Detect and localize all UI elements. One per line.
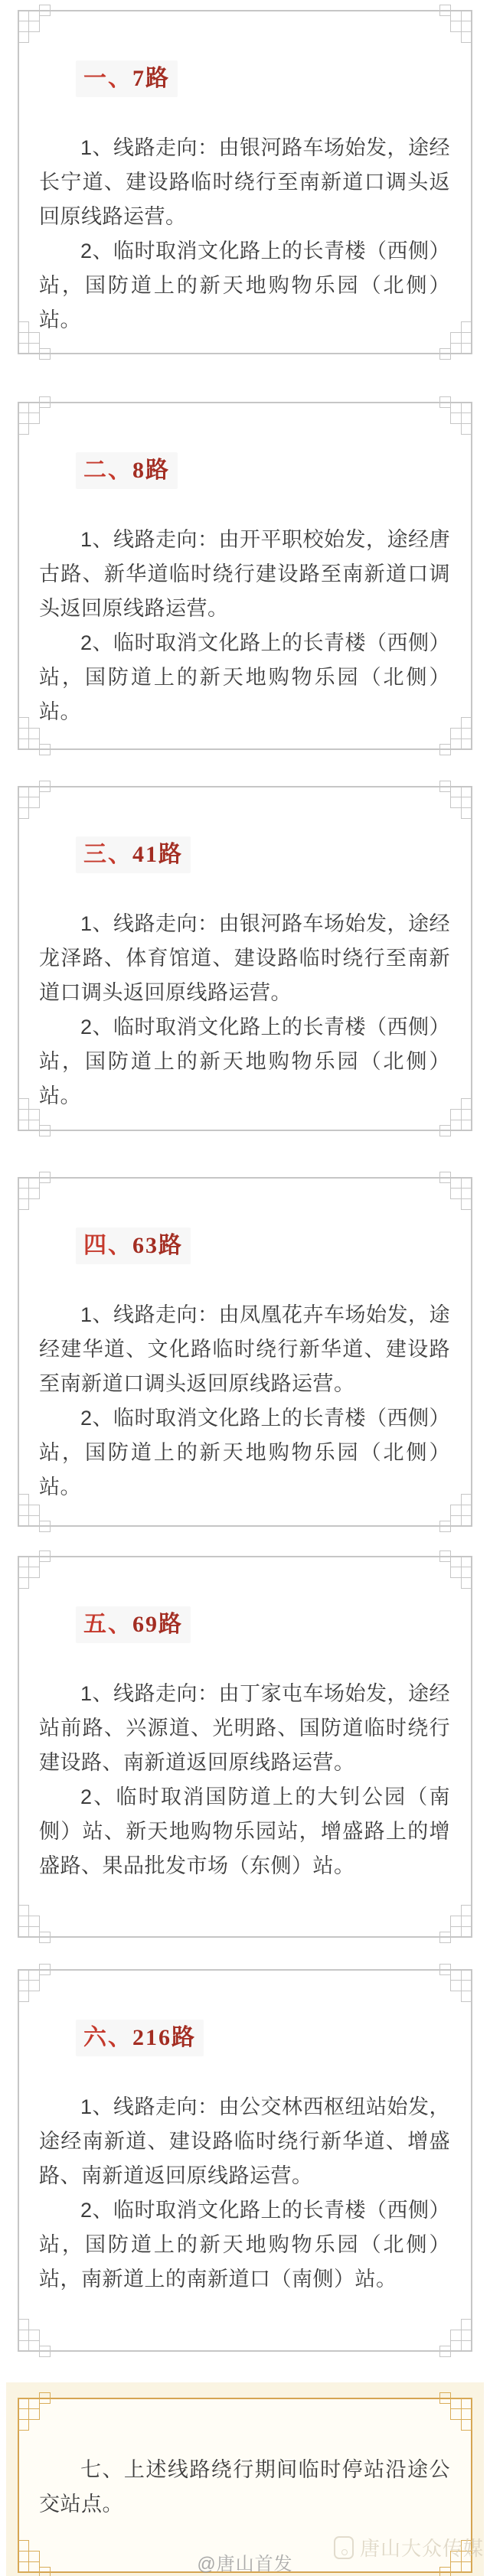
card-title-ordinal: 六、 [83,2025,132,2050]
card-title-route: 41路 [132,842,183,867]
paragraph: 2、临时取消国防道上的大钊公园（南侧）站、新天地购物乐园站，增盛路上的增盛路、果… [39,1780,450,1883]
paragraph: 2、临时取消文化路上的长青楼（西侧）站，国防道上的新天地购物乐园（北侧）站。 [39,234,450,337]
card-inner: 二、8路 1、线路走向：由开平职校始发，途经唐古路、新华道临时绕行建设路至南新道… [19,403,471,729]
card-title: 五、69路 [76,1606,191,1643]
corner-ornament-bottom-left [18,2317,53,2352]
notice-page: 一、7路 1、线路走向：由银河路车场始发，途经长宁道、建设路临时绕行至南新道口调… [0,0,490,2576]
notice-card-route-63: 四、63路 1、线路走向：由凤凰花卉车场始发，途经建华道、文化路临时绕行新华道、… [18,1177,472,1527]
card-body: 1、线路走向：由凤凰花卉车场始发，途经建华道、文化路临时绕行新华道、建设路至南新… [39,1298,450,1505]
paragraph: 1、线路走向：由银河路车场始发，途经龙泽路、体育馆道、建设路临时绕行至南新道口调… [39,907,450,1010]
notice-card-route-69: 五、69路 1、线路走向：由丁家屯车场始发，途经站前路、兴源道、光明路、国防道临… [18,1556,472,1938]
card-inner: 五、69路 1、线路走向：由丁家屯车场始发，途经站前路、兴源道、光明路、国防道临… [19,1557,471,1883]
card-title-ordinal: 五、 [83,1612,132,1637]
paragraph: 2、临时取消文化路上的长青楼（西侧）站，国防道上的新天地购物乐园（北侧）站，南新… [39,2193,450,2297]
card-title: 二、8路 [76,452,178,489]
card-inner: 三、41路 1、线路走向：由银河路车场始发，途经龙泽路、体育馆道、建设路临时绕行… [19,787,471,1114]
card-body: 1、线路走向：由公交林西枢纽站始发，途经南新道、建设路临时绕行新华道、增盛路、南… [39,2090,450,2297]
card-inner: 四、63路 1、线路走向：由凤凰花卉车场始发，途经建华道、文化路临时绕行新华道、… [19,1179,471,1505]
card-body: 1、线路走向：由丁家屯车场始发，途经站前路、兴源道、光明路、国防道临时绕行建设路… [39,1677,450,1883]
card-title-route: 7路 [132,66,170,91]
card-title-route: 63路 [132,1233,183,1258]
notice-card-route-8: 二、8路 1、线路走向：由开平职校始发，途经唐古路、新华道临时绕行建设路至南新道… [18,402,472,750]
notice-card-route-216: 六、216路 1、线路走向：由公交林西枢纽站始发，途经南新道、建设路临时绕行新华… [18,1969,472,2352]
corner-ornament-bottom-left [18,1903,53,1938]
paragraph: 1、线路走向：由公交林西枢纽站始发，途经南新道、建设路临时绕行新华道、增盛路、南… [39,2090,450,2193]
card-body: 1、线路走向：由银河路车场始发，途经龙泽路、体育馆道、建设路临时绕行至南新道口调… [39,907,450,1114]
paragraph: 2、临时取消文化路上的长青楼（西侧）站，国防道上的新天地购物乐园（北侧）站。 [39,626,450,729]
card-title-ordinal: 一、 [83,66,132,91]
card-body: 1、线路走向：由开平职校始发，途经唐古路、新华道临时绕行建设路至南新道口调头返回… [39,523,450,729]
paragraph: 2、临时取消文化路上的长青楼（西侧）站，国防道上的新天地购物乐园（北侧）站。 [39,1010,450,1114]
paragraph: 1、线路走向：由丁家屯车场始发，途经站前路、兴源道、光明路、国防道临时绕行建设路… [39,1677,450,1780]
card-inner: 六、216路 1、线路走向：由公交林西枢纽站始发，途经南新道、建设路临时绕行新华… [19,1971,471,2297]
paragraph: 1、线路走向：由开平职校始发，途经唐古路、新华道临时绕行建设路至南新道口调头返回… [39,523,450,626]
card-title: 六、216路 [76,2020,204,2056]
watermark-logo-icon [334,2536,354,2559]
card-inner: 七、上述线路绕行期间临时停站沿途公交站点。 [19,2399,471,2522]
card-title: 一、7路 [76,60,178,97]
corner-ornament-bottom-right [437,2317,472,2352]
card-title: 三、41路 [76,836,191,873]
paragraph: 七、上述线路绕行期间临时停站沿途公交站点。 [39,2453,450,2522]
paragraph: 1、线路走向：由银河路车场始发，途经长宁道、建设路临时绕行至南新道口调头返回原线… [39,131,450,234]
card-title-route: 8路 [132,458,170,483]
card-inner: 一、7路 1、线路走向：由银河路车场始发，途经长宁道、建设路临时绕行至南新道口调… [19,11,471,337]
card-title-route: 216路 [132,2025,196,2050]
notice-card-route-7: 一、7路 1、线路走向：由银河路车场始发，途经长宁道、建设路临时绕行至南新道口调… [18,10,472,354]
corner-ornament-bottom-right [437,1903,472,1938]
notice-card-route-41: 三、41路 1、线路走向：由银河路车场始发，途经龙泽路、体育馆道、建设路临时绕行… [18,786,472,1131]
card-title-ordinal: 二、 [83,458,132,483]
paragraph: 1、线路走向：由凤凰花卉车场始发，途经建华道、文化路临时绕行新华道、建设路至南新… [39,1298,450,1401]
watermark-right-text: 唐山大众传媒 [360,2533,484,2561]
card-title-ordinal: 三、 [83,842,132,867]
paragraph: 2、临时取消文化路上的长青楼（西侧）站，国防道上的新天地购物乐园（北侧）站。 [39,1401,450,1505]
card-body: 1、线路走向：由银河路车场始发，途经长宁道、建设路临时绕行至南新道口调头返回原线… [39,131,450,337]
card-title-ordinal: 四、 [83,1233,132,1258]
watermark-right: 唐山大众传媒 [334,2533,484,2561]
card-body: 七、上述线路绕行期间临时停站沿途公交站点。 [39,2453,450,2522]
card-title: 四、63路 [76,1228,191,1264]
card-title-route: 69路 [132,1612,183,1637]
